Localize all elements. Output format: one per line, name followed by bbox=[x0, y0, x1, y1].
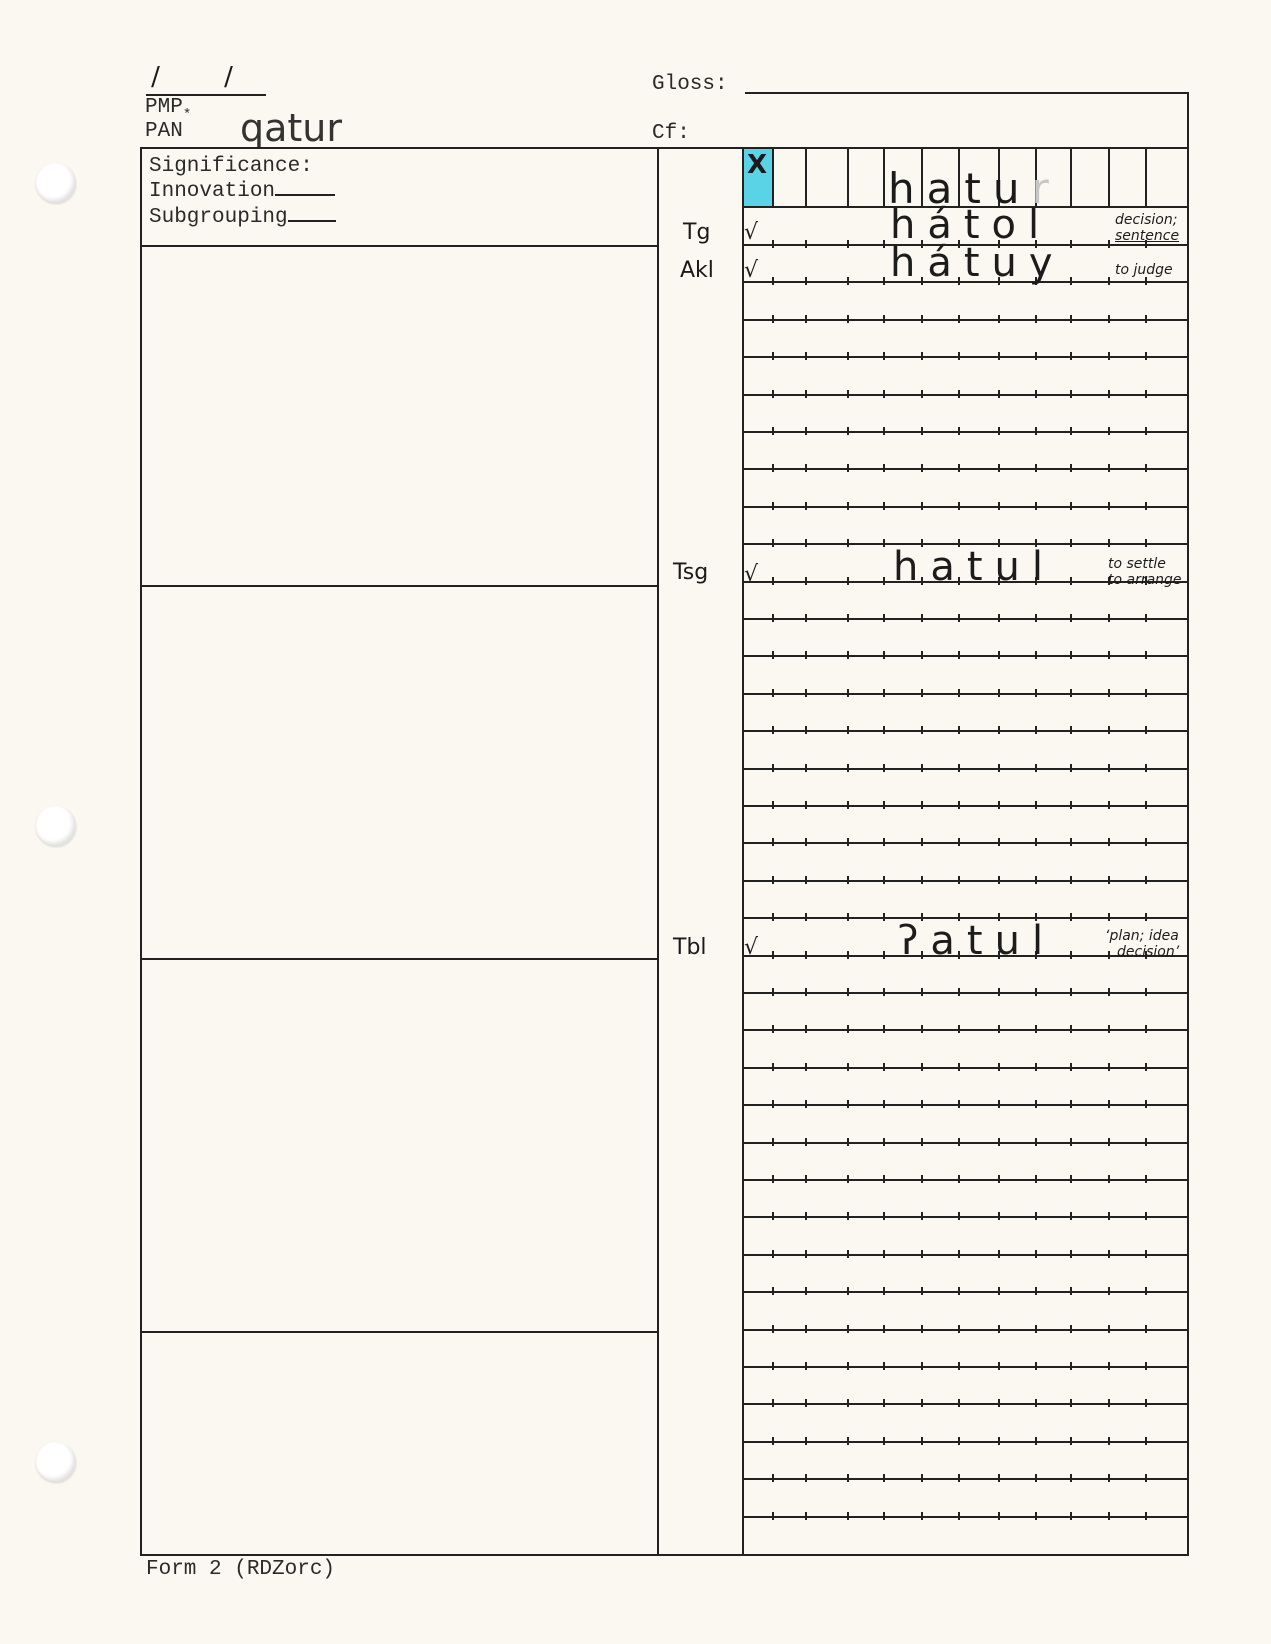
gloss-note-tbl: ‘plan; idea decision’ bbox=[1105, 928, 1179, 960]
ruled-tick bbox=[958, 1100, 960, 1108]
ruled-tick bbox=[1070, 988, 1072, 996]
ruled-tick bbox=[921, 1250, 923, 1258]
ruled-tick bbox=[998, 1287, 1000, 1295]
ruled-tick bbox=[1070, 1325, 1072, 1333]
ruled-tick bbox=[883, 577, 885, 585]
ruled-tick bbox=[998, 1512, 1000, 1520]
ruled-tick bbox=[921, 502, 923, 510]
ruled-tick bbox=[805, 1212, 807, 1220]
ruled-tick bbox=[772, 951, 774, 959]
ruled-tick bbox=[1145, 1250, 1147, 1258]
ruled-tick bbox=[772, 315, 774, 323]
ruled-tick bbox=[1070, 689, 1072, 697]
ruled-tick bbox=[1070, 390, 1072, 398]
ruled-tick bbox=[847, 689, 849, 697]
ruled-tick bbox=[1035, 876, 1037, 884]
ruled-tick bbox=[1108, 1250, 1110, 1258]
ruled-tick bbox=[921, 1063, 923, 1071]
ruled-tick bbox=[847, 1287, 849, 1295]
ruled-tick bbox=[1108, 1325, 1110, 1333]
check-mark-akl[interactable]: √ bbox=[744, 258, 758, 283]
language-label-tsg: Tsg bbox=[673, 560, 708, 585]
ruled-tick bbox=[998, 1250, 1000, 1258]
ruled-tick bbox=[847, 651, 849, 659]
ruled-tick bbox=[998, 1138, 1000, 1146]
ruled-tick bbox=[847, 539, 849, 547]
check-mark-tsg[interactable]: √ bbox=[744, 562, 758, 587]
header-cell-divider bbox=[1145, 149, 1147, 207]
ruled-tick bbox=[1108, 838, 1110, 846]
ruled-line bbox=[744, 805, 1187, 807]
ruled-tick bbox=[998, 651, 1000, 659]
ruled-tick bbox=[1035, 1175, 1037, 1183]
ruled-tick bbox=[958, 502, 960, 510]
ruled-tick bbox=[772, 352, 774, 360]
ruled-tick bbox=[1035, 1025, 1037, 1033]
ruled-tick bbox=[772, 1399, 774, 1407]
ruled-tick bbox=[772, 539, 774, 547]
ruled-tick bbox=[1035, 502, 1037, 510]
ruled-tick bbox=[1145, 689, 1147, 697]
ruled-tick bbox=[805, 1474, 807, 1482]
ruled-tick bbox=[1145, 1138, 1147, 1146]
ruled-tick bbox=[1035, 1100, 1037, 1108]
ruled-tick bbox=[772, 1362, 774, 1370]
gloss-note-akl: to judge bbox=[1115, 262, 1173, 278]
frame-right bbox=[1187, 147, 1189, 1556]
ruled-tick bbox=[1070, 838, 1072, 846]
ruled-tick bbox=[1070, 577, 1072, 585]
ruled-tick bbox=[847, 614, 849, 622]
ruled-tick bbox=[1070, 1399, 1072, 1407]
ruled-tick bbox=[772, 277, 774, 285]
ruled-tick bbox=[772, 726, 774, 734]
ruled-tick bbox=[805, 801, 807, 809]
ruled-tick bbox=[1035, 1212, 1037, 1220]
ruled-tick bbox=[1035, 464, 1037, 472]
ruled-tick bbox=[1035, 315, 1037, 323]
ruled-tick bbox=[1108, 801, 1110, 809]
gloss-label: Gloss: bbox=[652, 73, 728, 97]
ruled-tick bbox=[772, 689, 774, 697]
ruled-tick bbox=[958, 651, 960, 659]
header-cell-divider bbox=[1108, 149, 1110, 207]
header-cell-divider bbox=[847, 149, 849, 207]
ruled-tick bbox=[883, 1474, 885, 1482]
ruled-tick bbox=[883, 1100, 885, 1108]
ruled-tick bbox=[847, 1362, 849, 1370]
gloss-line: ‘plan; idea bbox=[1105, 928, 1179, 944]
ruled-tick bbox=[847, 988, 849, 996]
ruled-tick bbox=[1145, 539, 1147, 547]
ruled-tick bbox=[883, 1063, 885, 1071]
ruled-tick bbox=[772, 1063, 774, 1071]
ruled-tick bbox=[1035, 1437, 1037, 1445]
ruled-tick bbox=[772, 1250, 774, 1258]
ruled-line bbox=[744, 768, 1187, 770]
ruled-tick bbox=[921, 390, 923, 398]
ruled-tick bbox=[921, 801, 923, 809]
language-label-akl: Akl bbox=[680, 258, 714, 283]
subgrouping-blank[interactable] bbox=[288, 220, 336, 222]
reflex-form-tsg: hatul bbox=[893, 544, 1055, 590]
ruled-tick bbox=[1070, 1474, 1072, 1482]
innovation-label: Innovation bbox=[149, 180, 275, 203]
ruled-tick bbox=[958, 1287, 960, 1295]
ruled-tick bbox=[1108, 1212, 1110, 1220]
ruled-tick bbox=[958, 390, 960, 398]
ruled-tick bbox=[883, 876, 885, 884]
pmp-text: PMP bbox=[145, 96, 183, 119]
ruled-tick bbox=[772, 390, 774, 398]
ruled-tick bbox=[1070, 876, 1072, 884]
ruled-tick bbox=[1070, 801, 1072, 809]
ruled-tick bbox=[958, 315, 960, 323]
binder-hole-bottom bbox=[36, 1442, 76, 1482]
ruled-tick bbox=[847, 1025, 849, 1033]
ruled-tick bbox=[805, 1063, 807, 1071]
ruled-line bbox=[744, 880, 1187, 882]
ruled-tick bbox=[805, 913, 807, 921]
ruled-tick bbox=[805, 651, 807, 659]
ruled-tick bbox=[805, 764, 807, 772]
ruled-tick bbox=[1108, 1512, 1110, 1520]
ruled-tick bbox=[958, 1325, 960, 1333]
ruled-tick bbox=[958, 726, 960, 734]
ruled-tick bbox=[921, 1100, 923, 1108]
ruled-tick bbox=[1070, 1250, 1072, 1258]
ruled-tick bbox=[1035, 352, 1037, 360]
ruled-tick bbox=[883, 277, 885, 285]
ruled-tick bbox=[772, 988, 774, 996]
ruled-tick bbox=[805, 689, 807, 697]
ruled-tick bbox=[1070, 1437, 1072, 1445]
ruled-tick bbox=[1108, 1474, 1110, 1482]
ruled-tick bbox=[1108, 1100, 1110, 1108]
ruled-tick bbox=[921, 464, 923, 472]
ruled-tick bbox=[805, 1287, 807, 1295]
check-mark-tbl[interactable]: √ bbox=[744, 935, 758, 960]
ruled-tick bbox=[1108, 651, 1110, 659]
ruled-tick bbox=[772, 764, 774, 772]
ruled-tick bbox=[1070, 1362, 1072, 1370]
ruled-tick bbox=[772, 651, 774, 659]
ruled-tick bbox=[1035, 651, 1037, 659]
ruled-tick bbox=[1108, 277, 1110, 285]
ruled-tick bbox=[1145, 801, 1147, 809]
ruled-tick bbox=[772, 1212, 774, 1220]
ruled-tick bbox=[1145, 726, 1147, 734]
ruled-tick bbox=[883, 539, 885, 547]
ruled-tick bbox=[998, 1437, 1000, 1445]
ruled-tick bbox=[1035, 614, 1037, 622]
ruled-tick bbox=[772, 427, 774, 435]
ruled-tick bbox=[921, 689, 923, 697]
ruled-tick bbox=[958, 427, 960, 435]
ruled-tick bbox=[805, 951, 807, 959]
header-cell-divider bbox=[1070, 149, 1072, 207]
subgrouping-field[interactable]: Subgrouping bbox=[149, 206, 336, 230]
ruled-tick bbox=[1145, 651, 1147, 659]
ruled-tick bbox=[998, 464, 1000, 472]
ruled-tick bbox=[1108, 1063, 1110, 1071]
ruled-tick bbox=[805, 876, 807, 884]
ruled-tick bbox=[772, 1512, 774, 1520]
ruled-tick bbox=[772, 502, 774, 510]
ruled-tick bbox=[958, 1362, 960, 1370]
ruled-tick bbox=[883, 1362, 885, 1370]
ruled-tick bbox=[1145, 464, 1147, 472]
ruled-tick bbox=[772, 801, 774, 809]
ruled-tick bbox=[1145, 1437, 1147, 1445]
ruled-tick bbox=[847, 1175, 849, 1183]
ruled-line bbox=[744, 1029, 1187, 1031]
pan-label: PAN bbox=[145, 120, 183, 144]
ruled-tick bbox=[847, 502, 849, 510]
ruled-tick bbox=[883, 502, 885, 510]
ruled-tick bbox=[1035, 1063, 1037, 1071]
reflex-form-akl: hátuy bbox=[890, 240, 1065, 286]
ruled-line bbox=[744, 1067, 1187, 1069]
innovation-field[interactable]: Innovation bbox=[149, 180, 335, 204]
ruled-tick bbox=[1108, 390, 1110, 398]
ruled-tick bbox=[805, 1138, 807, 1146]
ruled-line bbox=[744, 319, 1187, 321]
significance-title: Significance: bbox=[149, 155, 313, 179]
ruled-tick bbox=[921, 1287, 923, 1295]
ruled-tick bbox=[1070, 1025, 1072, 1033]
reflex-form-tbl: ʔatul bbox=[898, 918, 1055, 964]
ruled-tick bbox=[772, 1325, 774, 1333]
ruled-tick bbox=[1035, 1362, 1037, 1370]
gloss-note-tsg: to settle to arrange bbox=[1108, 556, 1182, 588]
ruled-tick bbox=[998, 1063, 1000, 1071]
ruled-tick bbox=[958, 614, 960, 622]
ruled-tick bbox=[883, 913, 885, 921]
ruled-tick bbox=[805, 502, 807, 510]
binder-hole-top bbox=[36, 163, 76, 203]
ruled-tick bbox=[772, 614, 774, 622]
ruled-tick bbox=[805, 988, 807, 996]
ruled-tick bbox=[1070, 315, 1072, 323]
ruled-tick bbox=[805, 577, 807, 585]
ruled-tick bbox=[883, 764, 885, 772]
ruled-tick bbox=[958, 801, 960, 809]
ruled-tick bbox=[847, 390, 849, 398]
check-mark-tg[interactable]: √ bbox=[744, 220, 758, 245]
ruled-tick bbox=[772, 1287, 774, 1295]
ruled-tick bbox=[1070, 539, 1072, 547]
ruled-tick bbox=[1070, 240, 1072, 248]
ruled-tick bbox=[883, 988, 885, 996]
ruled-tick bbox=[1108, 240, 1110, 248]
ruled-tick bbox=[1108, 1437, 1110, 1445]
ruled-tick bbox=[883, 1512, 885, 1520]
x-marker: X bbox=[747, 150, 767, 180]
cf-field[interactable] bbox=[700, 120, 1180, 144]
ruled-tick bbox=[998, 1025, 1000, 1033]
ruled-tick bbox=[1070, 502, 1072, 510]
ruled-tick bbox=[805, 1100, 807, 1108]
ruled-tick bbox=[1108, 502, 1110, 510]
ruled-tick bbox=[1145, 427, 1147, 435]
ruled-tick bbox=[847, 801, 849, 809]
ruled-tick bbox=[883, 1437, 885, 1445]
ruled-line bbox=[744, 1478, 1187, 1480]
frame-left bbox=[140, 147, 142, 1556]
ruled-tick bbox=[847, 1474, 849, 1482]
ruled-tick bbox=[805, 315, 807, 323]
ruled-line bbox=[744, 842, 1187, 844]
ruled-tick bbox=[847, 1100, 849, 1108]
innovation-blank[interactable] bbox=[275, 194, 335, 196]
ruled-tick bbox=[958, 1138, 960, 1146]
ruled-tick bbox=[998, 1175, 1000, 1183]
ruled-tick bbox=[805, 1399, 807, 1407]
ruled-tick bbox=[805, 1325, 807, 1333]
ruled-tick bbox=[772, 1025, 774, 1033]
ruled-line bbox=[744, 506, 1187, 508]
ruled-tick bbox=[1108, 689, 1110, 697]
ruled-tick bbox=[1070, 951, 1072, 959]
ruled-tick bbox=[1035, 726, 1037, 734]
ruled-tick bbox=[921, 1437, 923, 1445]
ruled-line bbox=[744, 468, 1187, 470]
ruled-tick bbox=[847, 577, 849, 585]
ruled-line bbox=[744, 1142, 1187, 1144]
ruled-tick bbox=[883, 726, 885, 734]
ruled-tick bbox=[1145, 1175, 1147, 1183]
ruled-tick bbox=[921, 988, 923, 996]
ruled-tick bbox=[998, 876, 1000, 884]
ruled-tick bbox=[772, 577, 774, 585]
ruled-tick bbox=[921, 838, 923, 846]
ruled-tick bbox=[1145, 1212, 1147, 1220]
ruled-tick bbox=[772, 876, 774, 884]
ruled-tick bbox=[958, 838, 960, 846]
ruled-tick bbox=[1145, 614, 1147, 622]
frame-top bbox=[140, 147, 1189, 149]
subgrouping-label: Subgrouping bbox=[149, 206, 288, 229]
ruled-tick bbox=[998, 1325, 1000, 1333]
ruled-tick bbox=[883, 1025, 885, 1033]
ruled-tick bbox=[921, 1025, 923, 1033]
ruled-tick bbox=[1145, 1325, 1147, 1333]
ruled-tick bbox=[958, 988, 960, 996]
header-cell-divider bbox=[772, 149, 774, 207]
ruled-tick bbox=[1070, 913, 1072, 921]
ruled-tick bbox=[1108, 913, 1110, 921]
ruled-tick bbox=[1108, 1175, 1110, 1183]
gloss-field[interactable] bbox=[745, 70, 1188, 94]
ruled-tick bbox=[847, 240, 849, 248]
ruled-tick bbox=[1145, 1287, 1147, 1295]
ruled-tick bbox=[998, 1362, 1000, 1370]
ruled-line bbox=[744, 1104, 1187, 1106]
ruled-line bbox=[744, 1216, 1187, 1218]
ruled-tick bbox=[1070, 1512, 1072, 1520]
ruled-tick bbox=[805, 277, 807, 285]
ruled-tick bbox=[1145, 352, 1147, 360]
asterisk: * bbox=[183, 107, 191, 123]
ruled-line bbox=[744, 394, 1187, 396]
ruled-tick bbox=[883, 1138, 885, 1146]
ruled-tick bbox=[1108, 988, 1110, 996]
ruled-tick bbox=[1070, 352, 1072, 360]
ruled-line bbox=[744, 1329, 1187, 1331]
ruled-tick bbox=[805, 1175, 807, 1183]
ruled-tick bbox=[883, 1287, 885, 1295]
ruled-tick bbox=[883, 390, 885, 398]
ruled-tick bbox=[883, 1250, 885, 1258]
ruled-tick bbox=[1070, 726, 1072, 734]
ruled-tick bbox=[847, 1512, 849, 1520]
ruled-line bbox=[744, 1291, 1187, 1293]
ruled-tick bbox=[921, 876, 923, 884]
ruled-tick bbox=[998, 838, 1000, 846]
ruled-tick bbox=[998, 988, 1000, 996]
ruled-tick bbox=[847, 764, 849, 772]
column-divider-notes bbox=[657, 147, 659, 1556]
date-field[interactable]: / / bbox=[146, 62, 266, 96]
ruled-tick bbox=[1070, 1063, 1072, 1071]
ruled-tick bbox=[1070, 464, 1072, 472]
ruled-tick bbox=[805, 390, 807, 398]
ruled-tick bbox=[847, 277, 849, 285]
pan-form[interactable]: qatur bbox=[240, 106, 342, 150]
ruled-tick bbox=[883, 689, 885, 697]
ruled-tick bbox=[847, 352, 849, 360]
ruled-tick bbox=[1145, 315, 1147, 323]
ruled-tick bbox=[1035, 390, 1037, 398]
ruled-tick bbox=[958, 464, 960, 472]
ruled-tick bbox=[1035, 1138, 1037, 1146]
ruled-tick bbox=[883, 427, 885, 435]
ruled-tick bbox=[1108, 427, 1110, 435]
ruled-tick bbox=[1108, 352, 1110, 360]
ruled-tick bbox=[921, 352, 923, 360]
ruled-line bbox=[744, 992, 1187, 994]
ruled-tick bbox=[883, 951, 885, 959]
ruled-tick bbox=[1108, 764, 1110, 772]
ruled-tick bbox=[958, 1437, 960, 1445]
ruled-tick bbox=[1145, 1063, 1147, 1071]
ruled-tick bbox=[1145, 1362, 1147, 1370]
ruled-tick bbox=[883, 614, 885, 622]
ruled-tick bbox=[1108, 1362, 1110, 1370]
ruled-tick bbox=[1035, 838, 1037, 846]
ruled-tick bbox=[998, 1100, 1000, 1108]
ruled-tick bbox=[1035, 1250, 1037, 1258]
ruled-tick bbox=[1070, 1138, 1072, 1146]
ruled-tick bbox=[998, 614, 1000, 622]
ruled-tick bbox=[1145, 988, 1147, 996]
ruled-tick bbox=[805, 1362, 807, 1370]
ruled-tick bbox=[1070, 651, 1072, 659]
ruled-tick bbox=[805, 240, 807, 248]
ruled-tick bbox=[958, 689, 960, 697]
ruled-tick bbox=[1070, 614, 1072, 622]
ruled-tick bbox=[1145, 277, 1147, 285]
ruled-tick bbox=[958, 1474, 960, 1482]
ruled-tick bbox=[772, 1474, 774, 1482]
gloss-note-tg: decision; sentence bbox=[1115, 212, 1179, 244]
ruled-tick bbox=[921, 726, 923, 734]
ruled-tick bbox=[1145, 1100, 1147, 1108]
ruled-tick bbox=[1108, 315, 1110, 323]
ruled-tick bbox=[1070, 277, 1072, 285]
ruled-tick bbox=[958, 764, 960, 772]
